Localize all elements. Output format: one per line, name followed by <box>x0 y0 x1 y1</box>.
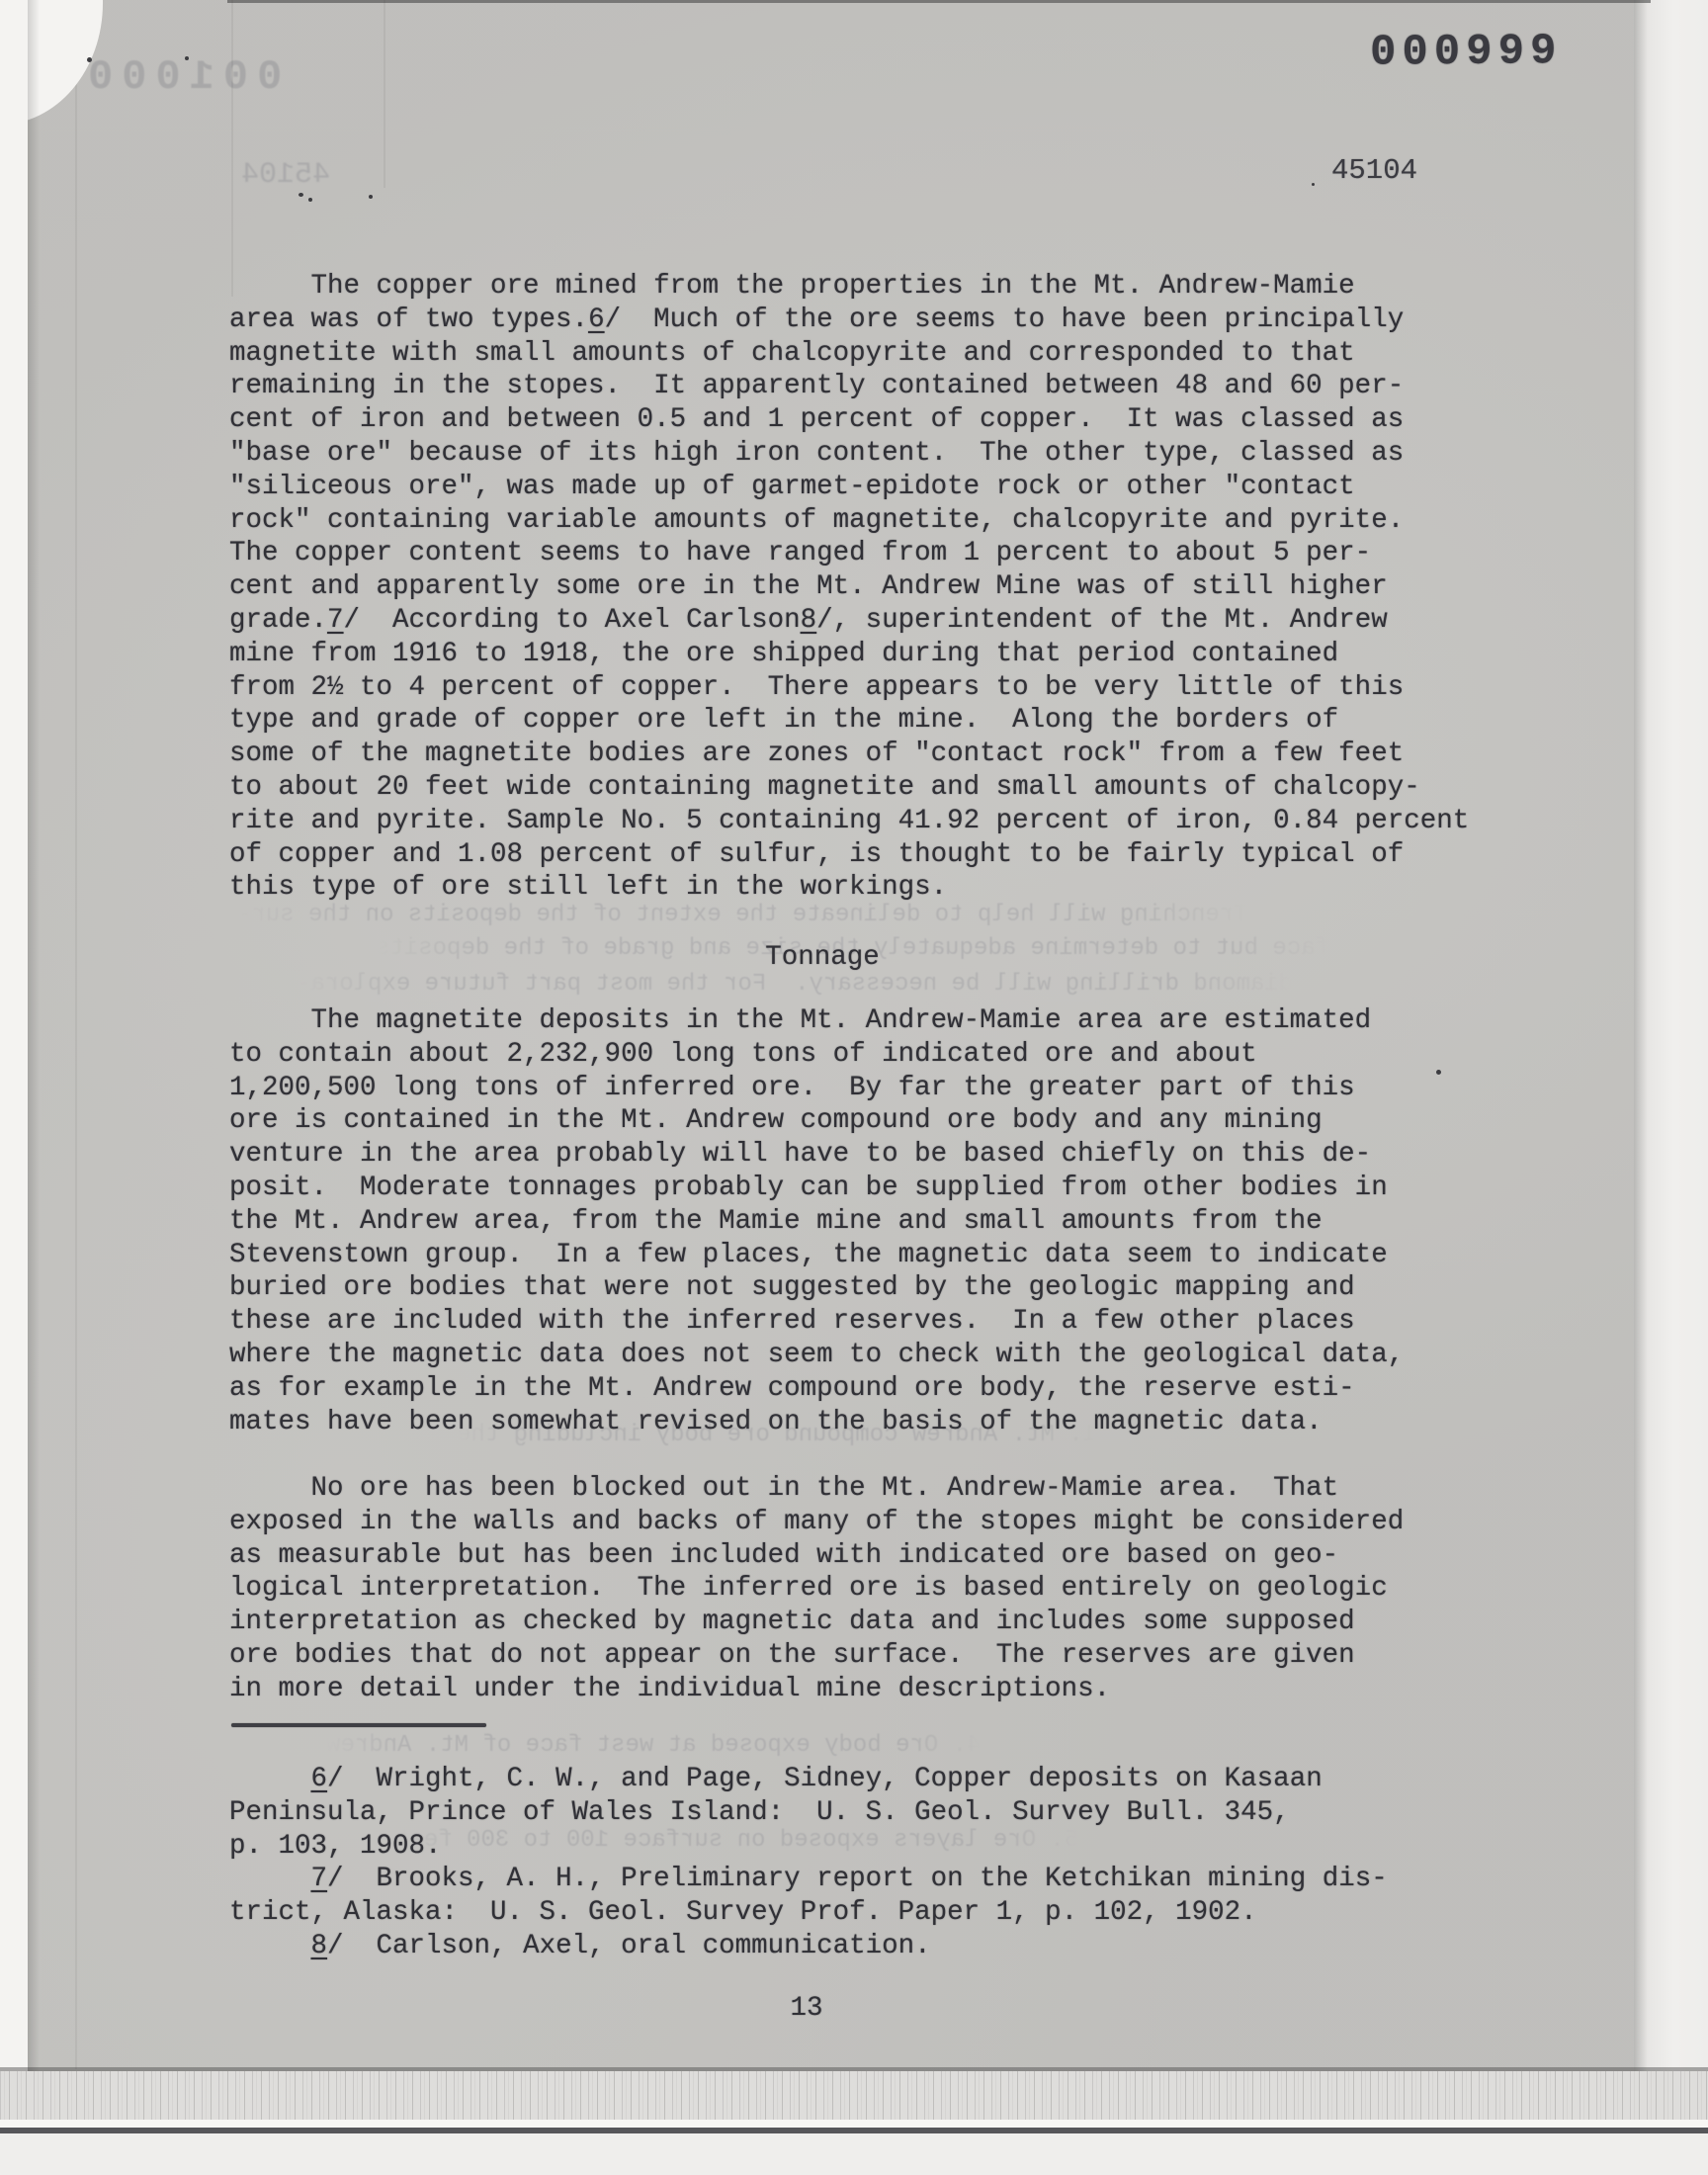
paper-fold-line <box>231 0 233 297</box>
text-line: in more detail under the individual mine… <box>229 1673 1110 1706</box>
text-line: mates have been somewhat revised on the … <box>229 1406 1323 1439</box>
text-line: Stevenstown group. In a few places, the … <box>229 1239 1388 1272</box>
section-heading-text: Tonnage <box>765 942 880 973</box>
bleed-through-reference-number: 45104 <box>241 158 330 192</box>
ink-speck <box>1312 183 1315 186</box>
ink-speck <box>185 56 189 60</box>
text-line: exposed in the walls and backs of many o… <box>229 1506 1404 1539</box>
text-line: type and grade of copper ore left in the… <box>229 704 1338 738</box>
section-heading: Tonnage <box>229 942 1415 973</box>
text-line: rite and pyrite. Sample No. 5 containing… <box>229 805 1469 838</box>
paper-fold-line <box>384 0 385 188</box>
text-line: buried ore bodies that were not suggeste… <box>229 1271 1355 1305</box>
scanner-streak-band <box>0 2071 1708 2120</box>
text-line: interpretation as checked by magnetic da… <box>229 1606 1355 1639</box>
text-line: 6/ Wright, C. W., and Page, Sidney, Copp… <box>229 1763 1323 1796</box>
text-line: trict, Alaska: U. S. Geol. Survey Prof. … <box>229 1896 1257 1930</box>
text-line: to about 20 feet wide containing magneti… <box>229 771 1420 805</box>
text-line: some of the magnetite bodies are zones o… <box>229 738 1404 771</box>
text-line: "base ore" because of its high iron cont… <box>229 437 1404 471</box>
ink-speck <box>1436 1070 1441 1075</box>
scanner-gap-band <box>0 2120 1708 2128</box>
text-line: magnetite with small amounts of chalcopy… <box>229 337 1355 371</box>
text-line: The copper content seems to have ranged … <box>229 537 1371 570</box>
text-line: cent of iron and between 0.5 and 1 perce… <box>229 403 1404 437</box>
text-line: ore is contained in the Mt. Andrew compo… <box>229 1104 1323 1138</box>
text-line: mine from 1916 to 1918, the ore shipped … <box>229 638 1338 671</box>
document-reference-number: 45104 <box>1331 154 1417 187</box>
text-line: logical interpretation. The inferred ore… <box>229 1572 1388 1606</box>
text-line: venture in the area probably will have t… <box>229 1138 1371 1172</box>
text-line: grade.7/ According to Axel Carlson8/, su… <box>229 604 1388 638</box>
ink-speck <box>87 57 92 62</box>
bleed-through-text: 4. Ore body exposed at west face of Mt. … <box>326 1732 982 1759</box>
page-number: 13 <box>213 1993 1400 2024</box>
paper-fold-line <box>75 0 77 2069</box>
text-line: to contain about 2,232,900 long tons of … <box>229 1038 1257 1072</box>
text-line: of copper and 1.08 percent of sulfur, is… <box>229 838 1404 872</box>
ink-speck <box>308 198 312 202</box>
serial-stamp: 000999 <box>1370 27 1563 77</box>
ink-speck <box>369 195 373 199</box>
text-line: Peninsula, Prince of Wales Island: U. S.… <box>229 1796 1290 1830</box>
page-left-edge-shadow <box>28 0 40 2175</box>
text-line: The copper ore mined from the properties… <box>229 270 1355 304</box>
text-line: rock" containing variable amounts of mag… <box>229 504 1404 538</box>
scanner-left-margin <box>0 0 28 2175</box>
bleed-through-text: 5. Ore layers exposed on surface 100 to … <box>395 1827 1078 1854</box>
text-line: area was of two types.6/ Much of the ore… <box>229 304 1404 337</box>
text-line: the Mt. Andrew area, from the Mamie mine… <box>229 1205 1323 1239</box>
bleed-through-text: Trenching will help to delineate the ext… <box>237 902 1248 928</box>
text-line: this type of ore still left in the worki… <box>229 871 947 905</box>
bleed-through-text: diamond drilling will be necessary. For … <box>297 971 1293 998</box>
ink-speck <box>299 193 303 197</box>
scan-top-edge-line <box>227 0 1651 3</box>
text-line: p. 103, 1908. <box>229 1830 442 1864</box>
text-line: remaining in the stopes. It apparently c… <box>229 370 1404 403</box>
text-line: as measurable but has been included with… <box>229 1539 1338 1573</box>
text-line: ore bodies that do not appear on the sur… <box>229 1639 1355 1673</box>
scanned-document-page: Trenching will help to delineate the ext… <box>0 0 1708 2175</box>
text-line: 8/ Carlson, Axel, oral communication. <box>229 1930 931 1963</box>
text-line: these are included with the inferred res… <box>229 1305 1355 1339</box>
bleed-through-stamp: 001000 <box>79 53 282 101</box>
text-line: "siliceous ore", was made up of garmet-e… <box>229 471 1355 504</box>
text-line: posit. Moderate tonnages probably can be… <box>229 1172 1388 1205</box>
text-line: No ore has been blocked out in the Mt. A… <box>229 1472 1338 1506</box>
text-line: 1,200,500 long tons of inferred ore. By … <box>229 1072 1355 1105</box>
text-line: where the magnetic data does not seem to… <box>229 1339 1404 1372</box>
text-line: from 2½ to 4 percent of copper. There ap… <box>229 671 1404 705</box>
text-line: 7/ Brooks, A. H., Preliminary report on … <box>229 1863 1388 1896</box>
scanner-right-margin <box>1634 0 1708 2175</box>
scanner-bottom-margin <box>0 2133 1708 2175</box>
footnote-separator-rule <box>231 1723 486 1727</box>
text-line: cent and apparently some ore in the Mt. … <box>229 570 1388 604</box>
text-line: as for example in the Mt. Andrew compoun… <box>229 1372 1355 1406</box>
text-line: The magnetite deposits in the Mt. Andrew… <box>229 1004 1371 1038</box>
